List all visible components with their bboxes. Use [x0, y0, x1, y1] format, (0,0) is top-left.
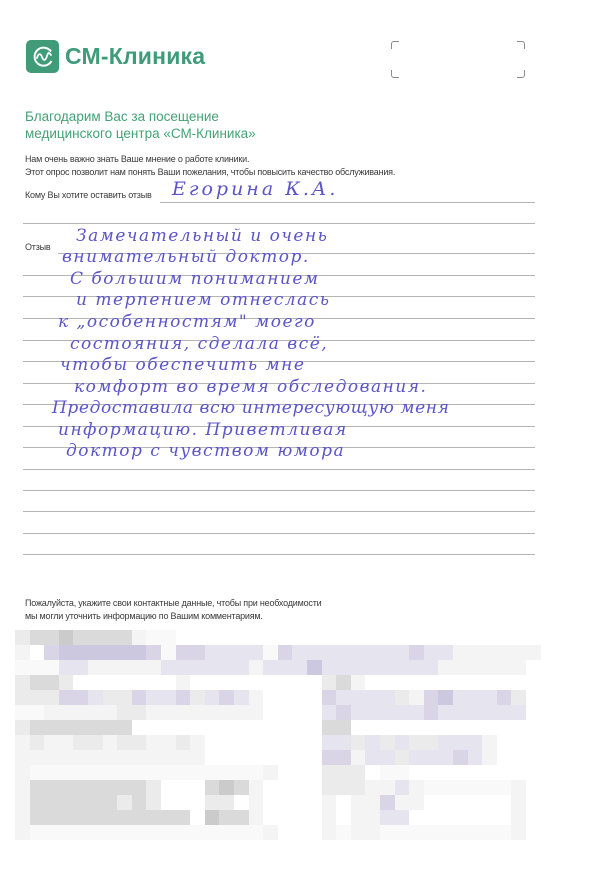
mosaic-block	[103, 735, 118, 750]
review-label: Отзыв	[25, 242, 51, 252]
mosaic-block	[482, 735, 497, 750]
mosaic-block	[15, 780, 30, 795]
mosaic-block	[30, 750, 45, 765]
mosaic-block	[44, 750, 59, 765]
mosaic-block	[117, 720, 132, 735]
mosaic-block	[30, 660, 45, 675]
mosaic-block	[453, 660, 468, 675]
mosaic-block	[365, 825, 380, 840]
mosaic-block	[322, 825, 337, 840]
mosaic-block	[497, 705, 512, 720]
mosaic-block	[146, 735, 161, 750]
mosaic-block	[322, 750, 337, 765]
mosaic-block	[103, 810, 118, 825]
mosaic-block	[380, 735, 395, 750]
mosaic-block	[176, 675, 191, 690]
ruled-line	[23, 511, 535, 512]
mosaic-block	[205, 765, 220, 780]
mosaic-block	[59, 735, 74, 750]
mosaic-block	[219, 660, 234, 675]
mosaic-block	[176, 750, 191, 765]
mosaic-block	[526, 645, 541, 660]
mosaic-block	[190, 825, 205, 840]
recipient-field-value[interactable]: Егорина К.А.	[172, 178, 338, 200]
mosaic-block	[59, 825, 74, 840]
mosaic-block	[438, 660, 453, 675]
mosaic-block	[132, 735, 147, 750]
mosaic-block	[30, 765, 45, 780]
mosaic-block	[44, 675, 59, 690]
mosaic-block	[424, 660, 439, 675]
mosaic-block	[132, 705, 147, 720]
mosaic-block	[59, 750, 74, 765]
mosaic-block	[351, 735, 366, 750]
mosaic-block	[132, 810, 147, 825]
contact-line-1: Пожалуйста, укажите свои контактные данн…	[25, 597, 321, 610]
mosaic-block	[44, 795, 59, 810]
mosaic-block	[365, 795, 380, 810]
mosaic-block	[438, 645, 453, 660]
mosaic-block	[365, 780, 380, 795]
mosaic-block	[117, 630, 132, 645]
mosaic-block	[219, 705, 234, 720]
mosaic-block	[30, 810, 45, 825]
mosaic-block	[409, 690, 424, 705]
mosaic-block	[424, 780, 439, 795]
mosaic-block	[395, 750, 410, 765]
mosaic-block	[424, 750, 439, 765]
mosaic-block	[219, 795, 234, 810]
mosaic-block	[161, 705, 176, 720]
mosaic-block	[219, 825, 234, 840]
mosaic-block	[278, 645, 293, 660]
mosaic-block	[336, 780, 351, 795]
mosaic-block	[205, 660, 220, 675]
mosaic-block	[453, 750, 468, 765]
mosaic-block	[59, 690, 74, 705]
mosaic-block	[351, 660, 366, 675]
mosaic-block	[205, 705, 220, 720]
mosaic-block	[438, 780, 453, 795]
mosaic-block	[482, 705, 497, 720]
mosaic-block	[234, 780, 249, 795]
mosaic-block	[73, 645, 88, 660]
mosaic-block	[468, 645, 483, 660]
review-line: внимательный доктор.	[62, 247, 310, 267]
mosaic-block	[15, 660, 30, 675]
mosaic-block	[88, 810, 103, 825]
mosaic-block	[117, 660, 132, 675]
ruled-line	[23, 533, 535, 534]
recipient-label: Кому Вы хотите оставить отзыв	[25, 190, 152, 200]
mosaic-block	[103, 630, 118, 645]
mosaic-block	[132, 765, 147, 780]
mosaic-block	[424, 825, 439, 840]
mosaic-block	[351, 765, 366, 780]
mosaic-block	[263, 645, 278, 660]
mosaic-block	[15, 750, 30, 765]
mosaic-block	[336, 735, 351, 750]
review-line: состояния, сделала всё,	[70, 334, 328, 354]
mosaic-block	[73, 780, 88, 795]
mosaic-block	[453, 645, 468, 660]
mosaic-block	[190, 765, 205, 780]
mosaic-block	[59, 705, 74, 720]
mosaic-block	[146, 660, 161, 675]
contact-instructions: Пожалуйста, укажите свои контактные данн…	[25, 597, 321, 623]
mosaic-block	[365, 705, 380, 720]
mosaic-block	[44, 630, 59, 645]
mosaic-block	[15, 810, 30, 825]
mosaic-block	[132, 825, 147, 840]
mosaic-block	[438, 690, 453, 705]
review-line: к „особенностям" моего	[58, 312, 316, 332]
mosaic-block	[44, 810, 59, 825]
mosaic-block	[395, 645, 410, 660]
mosaic-block	[234, 765, 249, 780]
mosaic-block	[497, 690, 512, 705]
mosaic-block	[409, 660, 424, 675]
mosaic-block	[44, 705, 59, 720]
mosaic-block	[117, 810, 132, 825]
ruled-line	[23, 490, 535, 491]
mosaic-block	[438, 705, 453, 720]
mosaic-block	[263, 825, 278, 840]
mosaic-block	[146, 765, 161, 780]
mosaic-block	[59, 660, 74, 675]
mosaic-block	[365, 690, 380, 705]
mosaic-block	[161, 810, 176, 825]
mosaic-block	[132, 660, 147, 675]
mosaic-block	[88, 795, 103, 810]
mosaic-block	[409, 705, 424, 720]
ruled-line	[23, 554, 535, 555]
ruled-line	[23, 223, 535, 224]
mosaic-block	[176, 735, 191, 750]
mosaic-block	[117, 750, 132, 765]
mosaic-block	[468, 780, 483, 795]
mosaic-block	[15, 645, 30, 660]
mosaic-block	[117, 690, 132, 705]
mosaic-block	[249, 810, 264, 825]
mosaic-block	[73, 705, 88, 720]
mosaic-block	[146, 630, 161, 645]
mosaic-block	[351, 675, 366, 690]
mosaic-block	[278, 660, 293, 675]
mosaic-block	[205, 825, 220, 840]
mosaic-block	[117, 645, 132, 660]
mosaic-block	[103, 780, 118, 795]
mosaic-block	[73, 810, 88, 825]
mosaic-block	[351, 780, 366, 795]
mosaic-block	[103, 765, 118, 780]
mosaic-block	[380, 780, 395, 795]
mosaic-block	[205, 645, 220, 660]
mosaic-block	[161, 690, 176, 705]
mosaic-block	[146, 825, 161, 840]
mosaic-block	[176, 810, 191, 825]
mosaic-block	[219, 780, 234, 795]
mosaic-block	[190, 660, 205, 675]
mosaic-block	[482, 660, 497, 675]
mosaic-block	[307, 660, 322, 675]
mosaic-block	[205, 810, 220, 825]
mosaic-block	[176, 660, 191, 675]
mosaic-block	[59, 645, 74, 660]
mosaic-block	[380, 660, 395, 675]
mosaic-block	[322, 690, 337, 705]
mosaic-block	[249, 660, 264, 675]
mosaic-block	[482, 825, 497, 840]
ruled-line	[23, 469, 535, 470]
mosaic-block	[322, 765, 337, 780]
mosaic-block	[30, 780, 45, 795]
review-line: С большим пониманием	[70, 269, 320, 289]
mosaic-block	[176, 765, 191, 780]
mosaic-block	[132, 795, 147, 810]
mosaic-block	[117, 825, 132, 840]
mosaic-block	[176, 690, 191, 705]
mosaic-block	[336, 750, 351, 765]
mosaic-block	[132, 690, 147, 705]
mosaic-block	[292, 645, 307, 660]
review-line: информацию. Приветливая	[58, 420, 348, 440]
mosaic-block	[249, 690, 264, 705]
mosaic-block	[161, 765, 176, 780]
mosaic-block	[511, 660, 526, 675]
mosaic-block	[146, 750, 161, 765]
mosaic-block	[132, 780, 147, 795]
mosaic-block	[409, 825, 424, 840]
review-line: доктор с чувством юмора	[66, 441, 345, 461]
mosaic-block	[322, 720, 337, 735]
mosaic-block	[15, 735, 30, 750]
barcode-frame-corner-icon	[517, 70, 525, 78]
mosaic-block	[205, 795, 220, 810]
mosaic-block	[59, 810, 74, 825]
mosaic-block	[307, 645, 322, 660]
mosaic-block	[249, 825, 264, 840]
mosaic-block	[88, 690, 103, 705]
mosaic-block	[15, 690, 30, 705]
mosaic-block	[424, 705, 439, 720]
mosaic-block	[424, 735, 439, 750]
mosaic-block	[30, 720, 45, 735]
mosaic-block	[161, 825, 176, 840]
mosaic-block	[424, 690, 439, 705]
mosaic-block	[453, 705, 468, 720]
mosaic-block	[117, 765, 132, 780]
mosaic-block	[322, 675, 337, 690]
mosaic-block	[88, 765, 103, 780]
barcode-frame-corner-icon	[391, 41, 399, 49]
mosaic-block	[161, 660, 176, 675]
heading-line-1: Благодарим Вас за посещение	[25, 108, 256, 125]
mosaic-block	[511, 795, 526, 810]
mosaic-block	[468, 750, 483, 765]
mosaic-block	[59, 630, 74, 645]
mosaic-block	[161, 750, 176, 765]
mosaic-block	[234, 705, 249, 720]
mosaic-block	[380, 705, 395, 720]
mosaic-block	[44, 765, 59, 780]
mosaic-block	[103, 645, 118, 660]
mosaic-block	[453, 735, 468, 750]
mosaic-block	[88, 750, 103, 765]
mosaic-block	[322, 660, 337, 675]
mosaic-block	[234, 825, 249, 840]
mosaic-block	[322, 810, 337, 825]
mosaic-block	[263, 765, 278, 780]
mosaic-block	[453, 780, 468, 795]
mosaic-block	[351, 810, 366, 825]
mosaic-block	[380, 765, 395, 780]
mosaic-block	[219, 690, 234, 705]
mosaic-block	[73, 630, 88, 645]
mosaic-block	[511, 780, 526, 795]
mosaic-block	[497, 660, 512, 675]
mosaic-block	[117, 780, 132, 795]
mosaic-block	[190, 690, 205, 705]
mosaic-block	[424, 645, 439, 660]
mosaic-block	[103, 720, 118, 735]
mosaic-block	[132, 630, 147, 645]
mosaic-block	[351, 825, 366, 840]
mosaic-block	[380, 810, 395, 825]
mosaic-block	[117, 795, 132, 810]
mosaic-block	[73, 690, 88, 705]
mosaic-block	[351, 690, 366, 705]
mosaic-block	[511, 825, 526, 840]
mosaic-block	[322, 645, 337, 660]
mosaic-block	[190, 645, 205, 660]
mosaic-block	[59, 765, 74, 780]
mosaic-block	[409, 750, 424, 765]
mosaic-block	[409, 735, 424, 750]
mosaic-block	[409, 795, 424, 810]
mosaic-block	[322, 780, 337, 795]
mosaic-block	[15, 675, 30, 690]
mosaic-block	[438, 735, 453, 750]
mosaic-block	[234, 810, 249, 825]
mosaic-block	[249, 645, 264, 660]
mosaic-block	[73, 795, 88, 810]
mosaic-block	[15, 825, 30, 840]
mosaic-block	[88, 660, 103, 675]
mosaic-block	[322, 735, 337, 750]
mosaic-block	[511, 690, 526, 705]
mosaic-block	[249, 780, 264, 795]
mosaic-block	[322, 795, 337, 810]
mosaic-block	[511, 810, 526, 825]
mosaic-block	[44, 720, 59, 735]
mosaic-block	[380, 645, 395, 660]
mosaic-block	[176, 705, 191, 720]
mosaic-block	[468, 690, 483, 705]
mosaic-block	[73, 825, 88, 840]
feedback-form-page: СМ-Клиника Благодарим Вас за посещение м…	[0, 0, 592, 879]
mosaic-block	[59, 675, 74, 690]
mosaic-block	[73, 735, 88, 750]
mosaic-block	[234, 690, 249, 705]
mosaic-block	[44, 690, 59, 705]
mosaic-block	[468, 735, 483, 750]
mosaic-block	[365, 660, 380, 675]
mosaic-block	[497, 780, 512, 795]
mosaic-block	[395, 690, 410, 705]
mosaic-block	[103, 795, 118, 810]
mosaic-block	[453, 825, 468, 840]
mosaic-block	[59, 795, 74, 810]
mosaic-block	[44, 780, 59, 795]
mosaic-block	[395, 705, 410, 720]
mosaic-block	[146, 690, 161, 705]
intro-line-1: Нам очень важно знать Ваше мнение о рабо…	[25, 153, 395, 166]
mosaic-block	[132, 645, 147, 660]
mosaic-block	[497, 645, 512, 660]
mosaic-block	[468, 660, 483, 675]
mosaic-block	[205, 690, 220, 705]
mosaic-block	[30, 735, 45, 750]
mosaic-block	[409, 645, 424, 660]
mosaic-block	[351, 750, 366, 765]
mosaic-block	[365, 645, 380, 660]
mosaic-block	[249, 705, 264, 720]
mosaic-block	[395, 795, 410, 810]
mosaic-block	[219, 765, 234, 780]
intro-line-2: Этот опрос позволит нам понять Ваши поже…	[25, 166, 395, 179]
mosaic-block	[365, 735, 380, 750]
ruled-line	[160, 202, 535, 203]
review-line: и терпением отнеслась	[76, 290, 331, 310]
mosaic-block	[15, 720, 30, 735]
mosaic-block	[15, 795, 30, 810]
mosaic-block	[263, 660, 278, 675]
mosaic-block	[73, 765, 88, 780]
mosaic-block	[30, 795, 45, 810]
mosaic-block	[88, 780, 103, 795]
mosaic-block	[482, 780, 497, 795]
mosaic-block	[336, 705, 351, 720]
mosaic-block	[176, 645, 191, 660]
mosaic-block	[409, 780, 424, 795]
mosaic-block	[249, 765, 264, 780]
mosaic-block	[44, 645, 59, 660]
mosaic-block	[117, 735, 132, 750]
mosaic-block	[219, 645, 234, 660]
mosaic-block	[336, 675, 351, 690]
mosaic-block	[44, 735, 59, 750]
mosaic-block	[336, 690, 351, 705]
mosaic-block	[438, 750, 453, 765]
mosaic-block	[336, 660, 351, 675]
mosaic-block	[322, 705, 337, 720]
mosaic-block	[351, 795, 366, 810]
mosaic-block	[482, 690, 497, 705]
contact-line-2: мы могли уточнить информацию по Вашим ко…	[25, 610, 321, 623]
mosaic-block	[380, 750, 395, 765]
mosaic-block	[380, 795, 395, 810]
mosaic-block	[336, 720, 351, 735]
mosaic-block	[395, 660, 410, 675]
mosaic-block	[103, 660, 118, 675]
mosaic-block	[88, 825, 103, 840]
form-heading: Благодарим Вас за посещение медицинского…	[25, 108, 256, 142]
brand-name: СМ-Клиника	[65, 43, 205, 70]
mosaic-block	[395, 780, 410, 795]
mosaic-block	[88, 735, 103, 750]
mosaic-block	[234, 645, 249, 660]
